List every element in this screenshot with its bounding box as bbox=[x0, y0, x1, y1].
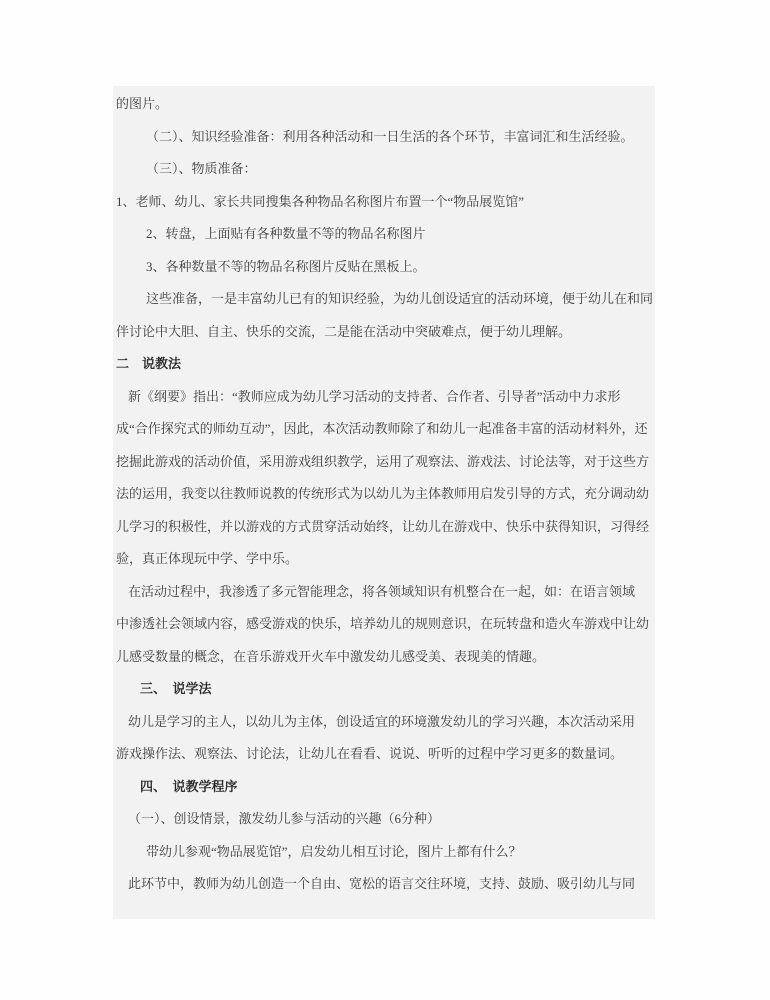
document-line: 儿学习的积极性，并以游戏的方式贯穿活动始终，让幼儿在游戏中、快乐中获得知识，习得… bbox=[116, 511, 653, 544]
document-line: 成“合作探究式的师幼互动”，因此，本次活动教师除了和幼儿一起准备丰富的活动材料外… bbox=[116, 413, 653, 446]
section-heading: 三、 说学法 bbox=[116, 673, 653, 706]
document-line: 在活动过程中，我渗透了多元智能理念，将各领域知识有机整合在一起，如：在语言领域 bbox=[116, 576, 653, 609]
section-heading: 二 说教法 bbox=[116, 348, 653, 381]
document-line: （二）、知识经验准备：利用各种活动和一日生活的各个环节，丰富词汇和生活经验。 bbox=[116, 121, 653, 154]
document-line: 这些准备，一是丰富幼儿已有的知识经验，为幼儿创设适宜的活动环境，便于幼儿在和同 bbox=[116, 283, 653, 316]
document-page: 的图片。（二）、知识经验准备：利用各种活动和一日生活的各个环节，丰富词汇和生活经… bbox=[113, 86, 655, 919]
document-line: 的图片。 bbox=[116, 88, 653, 121]
document-line: 幼儿是学习的主人，以幼儿为主体，创设适宜的环境激发幼儿的学习兴趣，本次活动采用 bbox=[116, 706, 653, 739]
page-background: 的图片。（二）、知识经验准备：利用各种活动和一日生活的各个环节，丰富词汇和生活经… bbox=[0, 0, 770, 1000]
document-line: 新《纲要》指出：“教师应成为幼儿学习活动的支持者、合作者、引导者”活动中力求形 bbox=[116, 381, 653, 414]
document-line: 3、各种数量不等的物品名称图片反贴在黑板上。 bbox=[116, 251, 653, 284]
section-heading: 四、 说教学程序 bbox=[116, 771, 653, 804]
document-line: （一）、创设情景，激发幼儿参与活动的兴趣（6分种） bbox=[116, 803, 653, 836]
document-line: 此环节中，教师为幼儿创造一个自由、宽松的语言交往环境，支持、鼓励、吸引幼儿与同 bbox=[116, 868, 653, 901]
document-line: 验，真正体现玩中学、学中乐。 bbox=[116, 543, 653, 576]
document-line: 带幼儿参观“物品展览馆”，启发幼儿相互讨论，图片上都有什么？ bbox=[116, 836, 653, 869]
document-line: 伴讨论中大胆、自主、快乐的交流，二是能在活动中突破难点，便于幼儿理解。 bbox=[116, 316, 653, 349]
document-line: 儿感受数量的概念，在音乐游戏开火车中激发幼儿感受美、表现美的情趣。 bbox=[116, 641, 653, 674]
document-line: （三）、物质准备： bbox=[116, 153, 653, 186]
document-body: 的图片。（二）、知识经验准备：利用各种活动和一日生活的各个环节，丰富词汇和生活经… bbox=[116, 88, 653, 901]
document-line: 挖掘此游戏的活动价值，采用游戏组织教学，运用了观察法、游戏法、讨论法等，对于这些… bbox=[116, 446, 653, 479]
document-line: 中渗透社会领域内容，感受游戏的快乐，培养幼儿的规则意识，在玩转盘和造火车游戏中让… bbox=[116, 608, 653, 641]
document-line: 1、老师、幼儿、家长共同搜集各种物品名称图片布置一个“物品展览馆” bbox=[116, 186, 653, 219]
document-line: 2、转盘，上面贴有各种数量不等的物品名称图片 bbox=[116, 218, 653, 251]
document-line: 游戏操作法、观察法、讨论法，让幼儿在看看、说说、听听的过程中学习更多的数量词。 bbox=[116, 738, 653, 771]
document-line: 法的运用，我变以往教师说教的传统形式为以幼儿为主体教师用启发引导的方式，充分调动… bbox=[116, 478, 653, 511]
